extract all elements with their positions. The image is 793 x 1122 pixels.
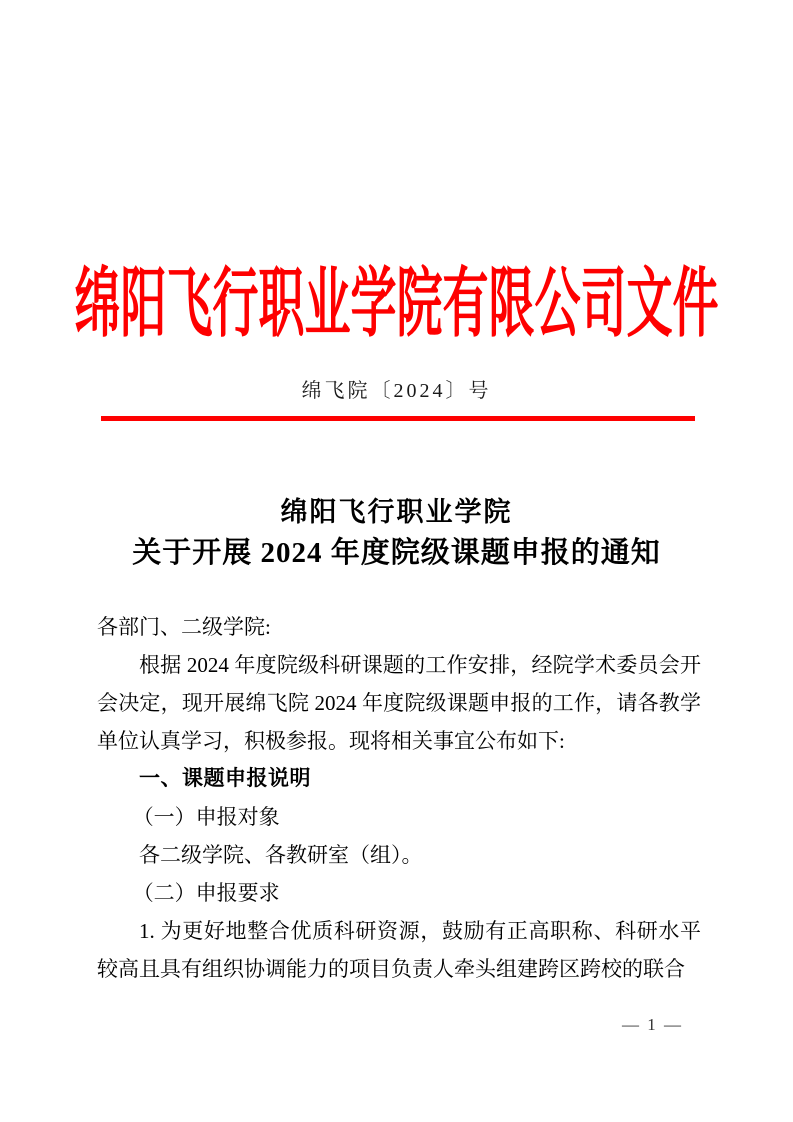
document-page: 绵阳飞行职业学院有限公司文件 绵飞院〔2024〕号 绵阳飞行职业学院 关于开展 …	[0, 0, 793, 1122]
page-number: — 1 —	[0, 1013, 683, 1037]
red-divider-rule	[101, 416, 695, 421]
body-text: 各部门、二级学院: 根据 2024 年度院级科研课题的工作安排，经院学术委员会开…	[97, 608, 701, 988]
section-heading: 一、课题申报说明	[97, 760, 701, 798]
body-paragraph: 1. 为更好地整合优质科研资源，鼓励有正高职称、科研水平较高且具有组织协调能力的…	[97, 912, 701, 988]
subsection-heading: （一）申报对象	[97, 798, 701, 836]
notice-title-block: 绵阳飞行职业学院 关于开展 2024 年度院级课题申报的通知	[0, 492, 793, 574]
body-paragraph: 各二级学院、各教研室（组）。	[97, 836, 701, 874]
body-paragraph: 根据 2024 年度院级科研课题的工作安排，经院学术委员会开会决定，现开展绵飞院…	[97, 646, 701, 760]
subsection-heading: （二）申报要求	[97, 874, 701, 912]
salutation: 各部门、二级学院:	[97, 608, 701, 646]
notice-title-subject: 关于开展 2024 年度院级课题申报的通知	[0, 532, 793, 574]
doc-number: 绵飞院〔2024〕号	[0, 378, 793, 404]
notice-title-org: 绵阳飞行职业学院	[0, 492, 793, 532]
letterhead-title: 绵阳飞行职业学院有限公司文件	[0, 267, 793, 343]
